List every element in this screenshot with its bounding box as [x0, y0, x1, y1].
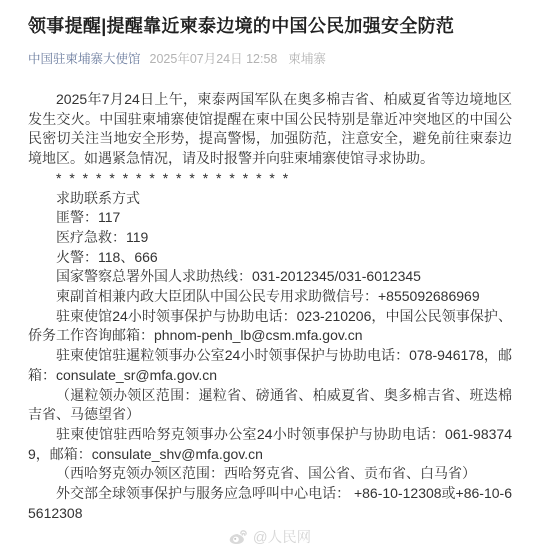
- body-paragraph: 求助联系方式: [28, 189, 512, 209]
- watermark: @人民网: [229, 526, 311, 547]
- body-paragraph: （西哈努克领办领区范围：西哈努克省、国公省、贡布省、白马省）: [28, 464, 512, 484]
- post-region: 柬埔寨: [288, 49, 326, 67]
- body-paragraph: 外交部全球领事保护与服务应急呼叫中心电话： +86-10-12308或+86-1…: [28, 484, 512, 523]
- author-link[interactable]: 中国驻柬埔寨大使馆: [28, 49, 141, 67]
- body-paragraph: 驻柬使馆24小时领事保护与协助电话：023-210206，中国公民领事保护、侨务…: [28, 307, 512, 346]
- body-paragraph: 国家警察总署外国人求助热线：031-2012345/031-6012345: [28, 267, 512, 287]
- body-paragraph: 柬副首相兼内政大臣团队中国公民专用求助微信号：+855092686969: [28, 287, 512, 307]
- body-paragraph: 医疗急救：119: [28, 228, 512, 248]
- body-paragraph: 驻柬使馆驻西哈努克领事办公室24小时领事保护与协助电话：061-983749，邮…: [28, 425, 512, 464]
- body-paragraph: （暹粒领办领区范围：暹粒省、磅通省、柏威夏省、奥多棉吉省、班迭棉吉省、马德望省）: [28, 386, 512, 425]
- page-title: 领事提醒|提醒靠近柬泰边境的中国公民加强安全防范: [28, 14, 512, 38]
- star-divider: * * * * * * * * * * * * * * * * * *: [28, 169, 512, 189]
- article-body: 2025年7月24日上午，柬泰两国军队在奥多棉吉省、柏威夏省等边境地区发生交火。…: [28, 90, 512, 523]
- body-paragraph: 驻柬使馆驻暹粒领事办公室24小时领事保护与协助电话：078-946178，邮箱：…: [28, 346, 512, 385]
- body-paragraph: 2025年7月24日上午，柬泰两国军队在奥多棉吉省、柏威夏省等边境地区发生交火。…: [28, 90, 512, 169]
- watermark-label: @人民网: [253, 526, 311, 547]
- body-paragraph: 火警：118、666: [28, 248, 512, 268]
- body-paragraph: 匪警：117: [28, 208, 512, 228]
- weibo-article-post: 领事提醒|提醒靠近柬泰边境的中国公民加强安全防范 中国驻柬埔寨大使馆 2025年…: [0, 0, 540, 551]
- post-datetime: 2025年07月24日 12:58: [150, 49, 278, 67]
- byline: 中国驻柬埔寨大使馆 2025年07月24日 12:58 柬埔寨: [28, 49, 512, 67]
- weibo-icon: [229, 528, 249, 545]
